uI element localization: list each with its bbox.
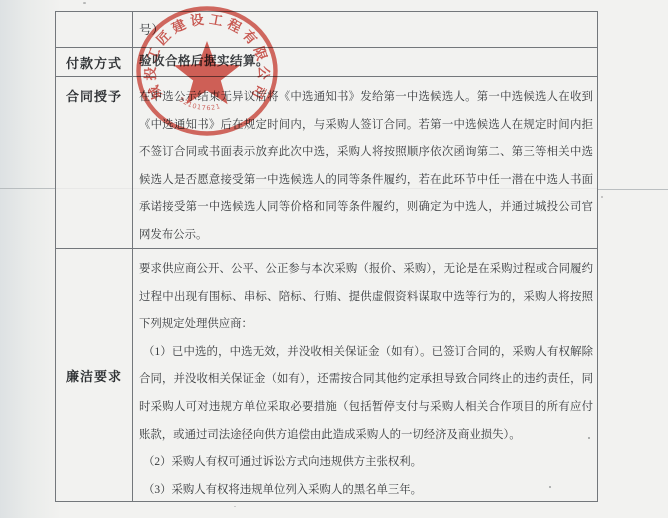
row-payment-method-label: 付款方式 xyxy=(56,47,132,76)
scan-speck xyxy=(588,437,590,439)
scan-speck xyxy=(234,506,236,507)
row-continuation-label-cell xyxy=(56,12,132,47)
row-contract-award-label: 合同授予 xyxy=(56,76,132,248)
row-integrity-text: 要求供应商公开、公平、公正参与本次采购（报价、采购），无论是在采购过程或合同履约… xyxy=(132,248,597,501)
integrity-paragraph-1: 要求供应商公开、公平、公正参与本次采购（报价、采购），无论是在采购过程或合同履约… xyxy=(139,256,593,339)
scan-crease-right xyxy=(598,189,668,190)
seal-serial-number: 521017621 xyxy=(178,96,222,112)
scan-speck xyxy=(549,486,551,488)
row-integrity-label: 廉洁要求 xyxy=(56,248,132,501)
scan-crease-left xyxy=(0,188,56,189)
integrity-paragraph-4: （3）采购人有权将违规单位列入采购人的黑名单三年。 xyxy=(139,477,593,501)
scan-speck xyxy=(83,2,86,4)
scan-speck xyxy=(601,196,603,198)
star-icon xyxy=(174,41,241,104)
company-seal: 城投工匠建设工程有限公司 521017621 xyxy=(125,0,295,150)
integrity-paragraph-2: （1）已中选的，中选无效，并没收相关保证金（如有）。已签订合同的，采购人有权解除… xyxy=(139,339,593,449)
svg-text:521017621: 521017621 xyxy=(178,96,222,112)
scanned-document-page: 号） 付款方式 验收合格后据实结算。 合同授予 在中选公示结束无异议后将《中选通… xyxy=(0,0,668,518)
integrity-paragraph-3: （2）采购人有权可通过诉讼方式向违规供方主张权利。 xyxy=(139,449,593,477)
